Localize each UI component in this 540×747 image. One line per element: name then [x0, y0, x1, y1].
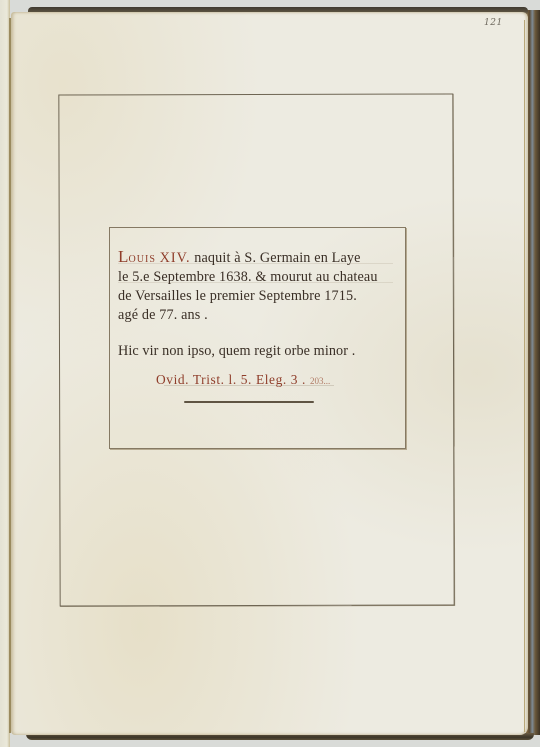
regnal-numeral: XIV. [160, 250, 191, 266]
citation: Ovid. Trist. l. 5. Eleg. 3 . 203... [156, 372, 330, 388]
inscription-line-1: Louis XIV. naquit à S. Germain en Laye [118, 247, 408, 268]
name-initial: L [118, 247, 129, 266]
folio-number: 121 [484, 18, 503, 28]
ornamental-rule [184, 401, 314, 403]
citation-text: Ovid. Trist. l. 5. Eleg. 3 . [156, 372, 306, 387]
page-right-edge-line [524, 20, 525, 732]
book-fore-edge [526, 10, 540, 735]
latin-quotation: Hic vir non ipso, quem regit orbe minor … [118, 343, 355, 360]
inscription-line-2: le 5.e Septembre 1638. & mourut au chate… [118, 268, 408, 287]
inscription-line-3: de Versailles le premier Septembre 1715. [118, 287, 408, 306]
inscription-text: Louis XIV. naquit à S. Germain en Laye l… [118, 247, 408, 325]
birth-place-text: naquit à S. Germain en Laye [191, 250, 361, 266]
inscription-line-4: agé de 77. ans . [118, 306, 408, 325]
citation-annotation: 203... [310, 376, 330, 386]
name-rest: ouis [129, 250, 156, 266]
